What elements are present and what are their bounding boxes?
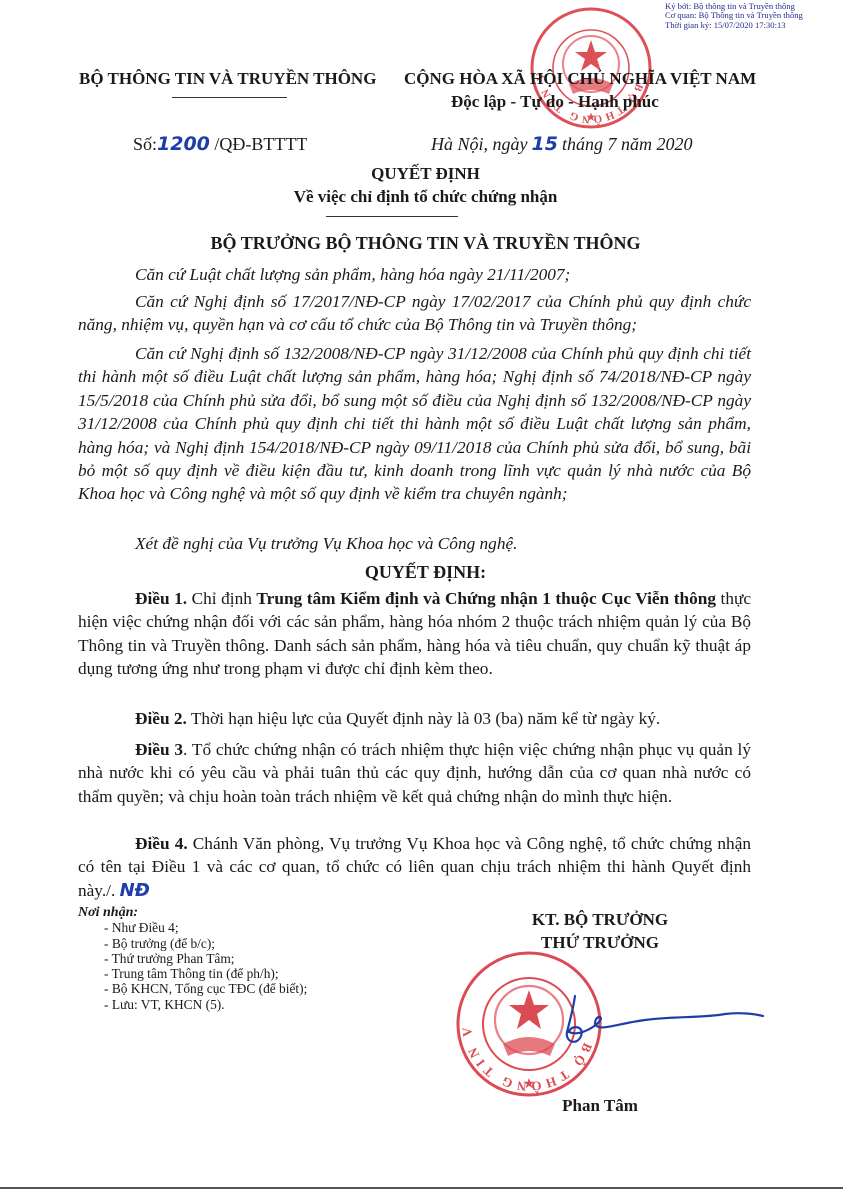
title-underline <box>326 216 458 217</box>
svg-text:★: ★ <box>586 110 597 124</box>
article-label: Điều 2. <box>135 709 187 728</box>
page-bottom-rule <box>0 1187 843 1189</box>
ministry-underline <box>172 97 287 98</box>
recipient-item: Lưu: VT, KHCN (5). <box>104 997 307 1012</box>
issue-date: Hà Nội, ngày15tháng 7 năm 2020 <box>431 133 692 155</box>
recipient-item: Thứ trưởng Phan Tâm; <box>104 951 307 966</box>
preamble-clause: Xét đề nghị của Vụ trưởng Vụ Khoa học và… <box>78 532 751 555</box>
handwritten-number: 1200 <box>157 133 210 155</box>
preamble-clause: Căn cứ Nghị định số 132/2008/NĐ-CP ngày … <box>78 342 751 506</box>
handwritten-signature-icon <box>565 990 765 1050</box>
document-title: QUYẾT ĐỊNH <box>0 164 851 184</box>
national-motto: Độc lập - Tự do - Hạnh phúc <box>451 92 659 112</box>
article-3: Điều 3. Tổ chức chứng nhận có trách nhiệ… <box>78 738 751 808</box>
signing-time: Thời gian ký: 15/07/2020 17:30:13 <box>665 21 815 30</box>
article-2: Điều 2. Thời hạn hiệu lực của Quyết định… <box>78 707 751 730</box>
decision-heading: QUYẾT ĐỊNH: <box>0 562 851 583</box>
recipient-item: Như Điều 4; <box>104 920 307 935</box>
nation-name: CỘNG HÒA XÃ HỘI CHỦ NGHĨA VIỆT NAM <box>404 69 756 89</box>
preamble-clause: Căn cứ Nghị định số 17/2017/NĐ-CP ngày 1… <box>78 290 751 337</box>
article-4: Điều 4. Chánh Văn phòng, Vụ trưởng Vụ Kh… <box>78 832 751 902</box>
recipient-item: Bộ KHCN, Tổng cục TĐC (để biết); <box>104 981 307 996</box>
article-label: Điều 4. <box>135 834 188 853</box>
preamble-clause: Căn cứ Luật chất lượng sản phẩm, hàng hó… <box>78 263 751 286</box>
article-label: Điều 3 <box>135 740 183 759</box>
ministry-name: BỘ THÔNG TIN VÀ TRUYỀN THÔNG <box>79 69 376 89</box>
article-label: Điều 1. <box>135 589 187 608</box>
digital-signature-info: Ký bởi: Bộ thông tin và Truyền thông Cơ … <box>665 2 815 30</box>
recipients-block: Nơi nhận: Như Điều 4; Bộ trưởng (để b/c)… <box>78 905 307 1012</box>
article-1: Điều 1. Chỉ định Trung tâm Kiểm định và … <box>78 587 751 681</box>
svg-text:★: ★ <box>523 1077 536 1092</box>
signature-title-1: KT. BỘ TRƯỞNG <box>490 910 710 930</box>
document-subject: Về việc chỉ định tổ chức chứng nhận <box>0 187 851 207</box>
recipient-item: Trung tâm Thông tin (để ph/h); <box>104 966 307 981</box>
recipients-heading: Nơi nhận: <box>78 905 307 920</box>
designated-organization: Trung tâm Kiểm định và Chứng nhận 1 thuộ… <box>256 589 716 608</box>
signer-name: Phan Tâm <box>490 1096 710 1116</box>
recipient-item: Bộ trưởng (để b/c); <box>104 936 307 951</box>
handwritten-initials: NĐ <box>120 880 150 901</box>
issuing-authority: BỘ TRƯỞNG BỘ THÔNG TIN VÀ TRUYỀN THÔNG <box>0 233 851 254</box>
document-number: Số:1200 /QĐ-BTTTT <box>133 133 307 155</box>
handwritten-day: 15 <box>532 133 558 155</box>
